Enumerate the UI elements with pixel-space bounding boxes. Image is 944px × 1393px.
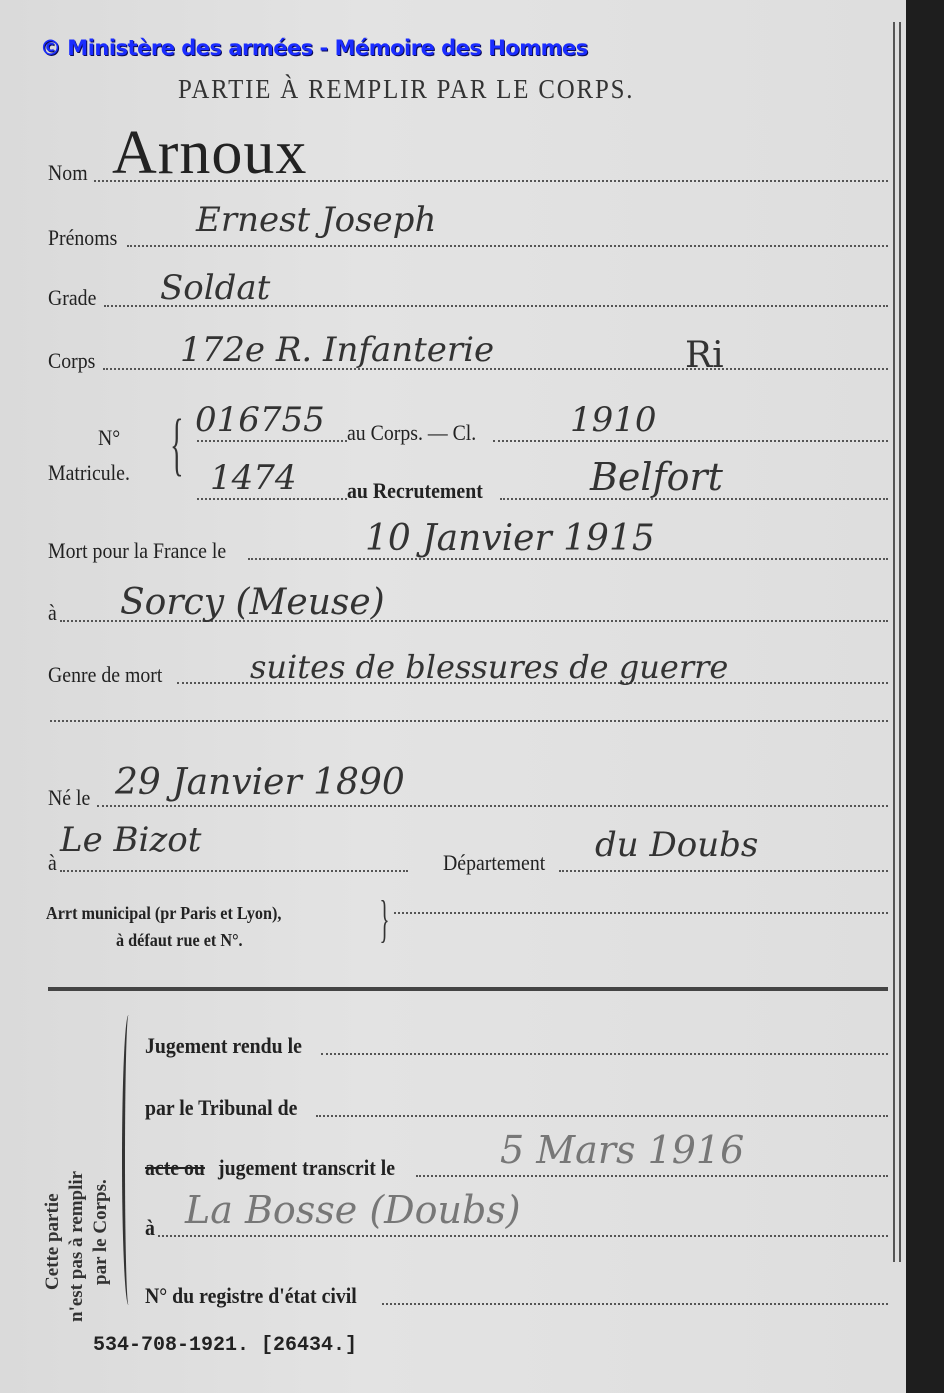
value-transcrit: 5 Mars 1916 (500, 1128, 744, 1172)
value-classe: 1910 (570, 400, 657, 440)
value-mort-a: Sorcy (Meuse) (120, 582, 385, 623)
fill-line (382, 1303, 888, 1305)
field-prenoms: Prénoms (48, 225, 888, 251)
field-registre: N° du registre d'état civil (145, 1283, 888, 1309)
fill-line (127, 245, 888, 247)
section-header: PARTIE À REMPLIR PAR LE CORPS. (178, 74, 634, 105)
label-ne-a: à (48, 850, 57, 876)
label-arrondissement-2: à défaut rue et N°. (116, 930, 243, 951)
fill-line (559, 870, 888, 872)
fill-line (97, 805, 888, 807)
value-transcrit-a: La Bosse (Doubs) (185, 1188, 521, 1232)
label-ne-le: Né le (48, 785, 90, 811)
label-arrondissement: Arrt municipal (pr Paris et Lyon), (46, 903, 281, 924)
side-note-line: Cette partie (42, 1193, 64, 1290)
field-matricule-recrutement: au Recrutement (195, 478, 888, 504)
fill-line (197, 440, 347, 442)
side-note-line: n'est pas à remplir (66, 1171, 88, 1322)
label-departement: Département (443, 850, 545, 876)
scan-edge (906, 0, 944, 1393)
value-prenoms: Ernest Joseph (196, 200, 436, 240)
label-corps: Corps (48, 348, 95, 374)
fill-line (321, 1053, 888, 1055)
brace (122, 1015, 135, 1305)
value-mort-le: 10 Janvier 1915 (365, 518, 655, 559)
margin-line (899, 22, 901, 1262)
copyright-watermark: © Ministère des armées - Mémoire des Hom… (40, 36, 588, 60)
margin-line (893, 22, 895, 1262)
label-matricule-no: N° (98, 425, 120, 451)
fill-line (50, 720, 888, 722)
label-transcrit: jugement transcrit le (218, 1155, 395, 1181)
fill-line (493, 440, 888, 442)
field-arrondissement (392, 912, 888, 918)
label-au-recrutement: au Recrutement (347, 478, 483, 504)
label-mort-a: à (48, 600, 57, 626)
label-tribunal: par le Tribunal de (145, 1095, 297, 1121)
value-nom: Arnoux (112, 118, 307, 189)
value-genre-mort: suites de blessures de guerre (250, 648, 728, 686)
label-jugement-rendu: Jugement rendu le (145, 1033, 302, 1059)
value-matricule-recrutement: 1474 (210, 458, 297, 498)
side-note-line: par le Corps. (90, 1179, 112, 1285)
fill-line (158, 1235, 888, 1237)
brace: { (170, 405, 183, 485)
label-nom: Nom (48, 160, 88, 186)
label-genre-mort: Genre de mort (48, 662, 162, 688)
label-grade: Grade (48, 285, 96, 311)
value-matricule-corps: 016755 (195, 400, 325, 440)
value-departement: du Doubs (595, 825, 758, 865)
value-ne-le: 29 Janvier 1890 (115, 762, 405, 803)
fill-line (416, 1175, 888, 1177)
section-divider (48, 987, 888, 991)
label-transcrit-a: à (145, 1215, 155, 1241)
label-acte-ou-struck: acte ou (145, 1155, 205, 1181)
annotation-corps: Ri (685, 335, 724, 376)
field-jugement-rendu: Jugement rendu le (145, 1033, 888, 1059)
fill-line (316, 1115, 888, 1117)
value-ne-a: Le Bizot (60, 820, 201, 860)
value-grade: Soldat (160, 268, 270, 308)
field-tribunal: par le Tribunal de (145, 1095, 888, 1121)
label-matricule: Matricule. (48, 460, 130, 486)
brace: } (379, 890, 389, 949)
fill-line (394, 912, 888, 914)
label-registre: N° du registre d'état civil (145, 1283, 357, 1309)
fill-line (197, 498, 347, 500)
value-recrutement: Belfort (590, 455, 723, 499)
print-reference: 534-708-1921. [26434.] (93, 1334, 357, 1357)
value-corps: 172e R. Infanterie (180, 330, 494, 370)
label-au-corps: au Corps. — Cl. (347, 420, 476, 446)
label-prenoms: Prénoms (48, 225, 117, 251)
field-genre-mort-continued (48, 720, 888, 726)
fill-line (60, 870, 408, 872)
label-mort-le: Mort pour la France le (48, 538, 226, 564)
